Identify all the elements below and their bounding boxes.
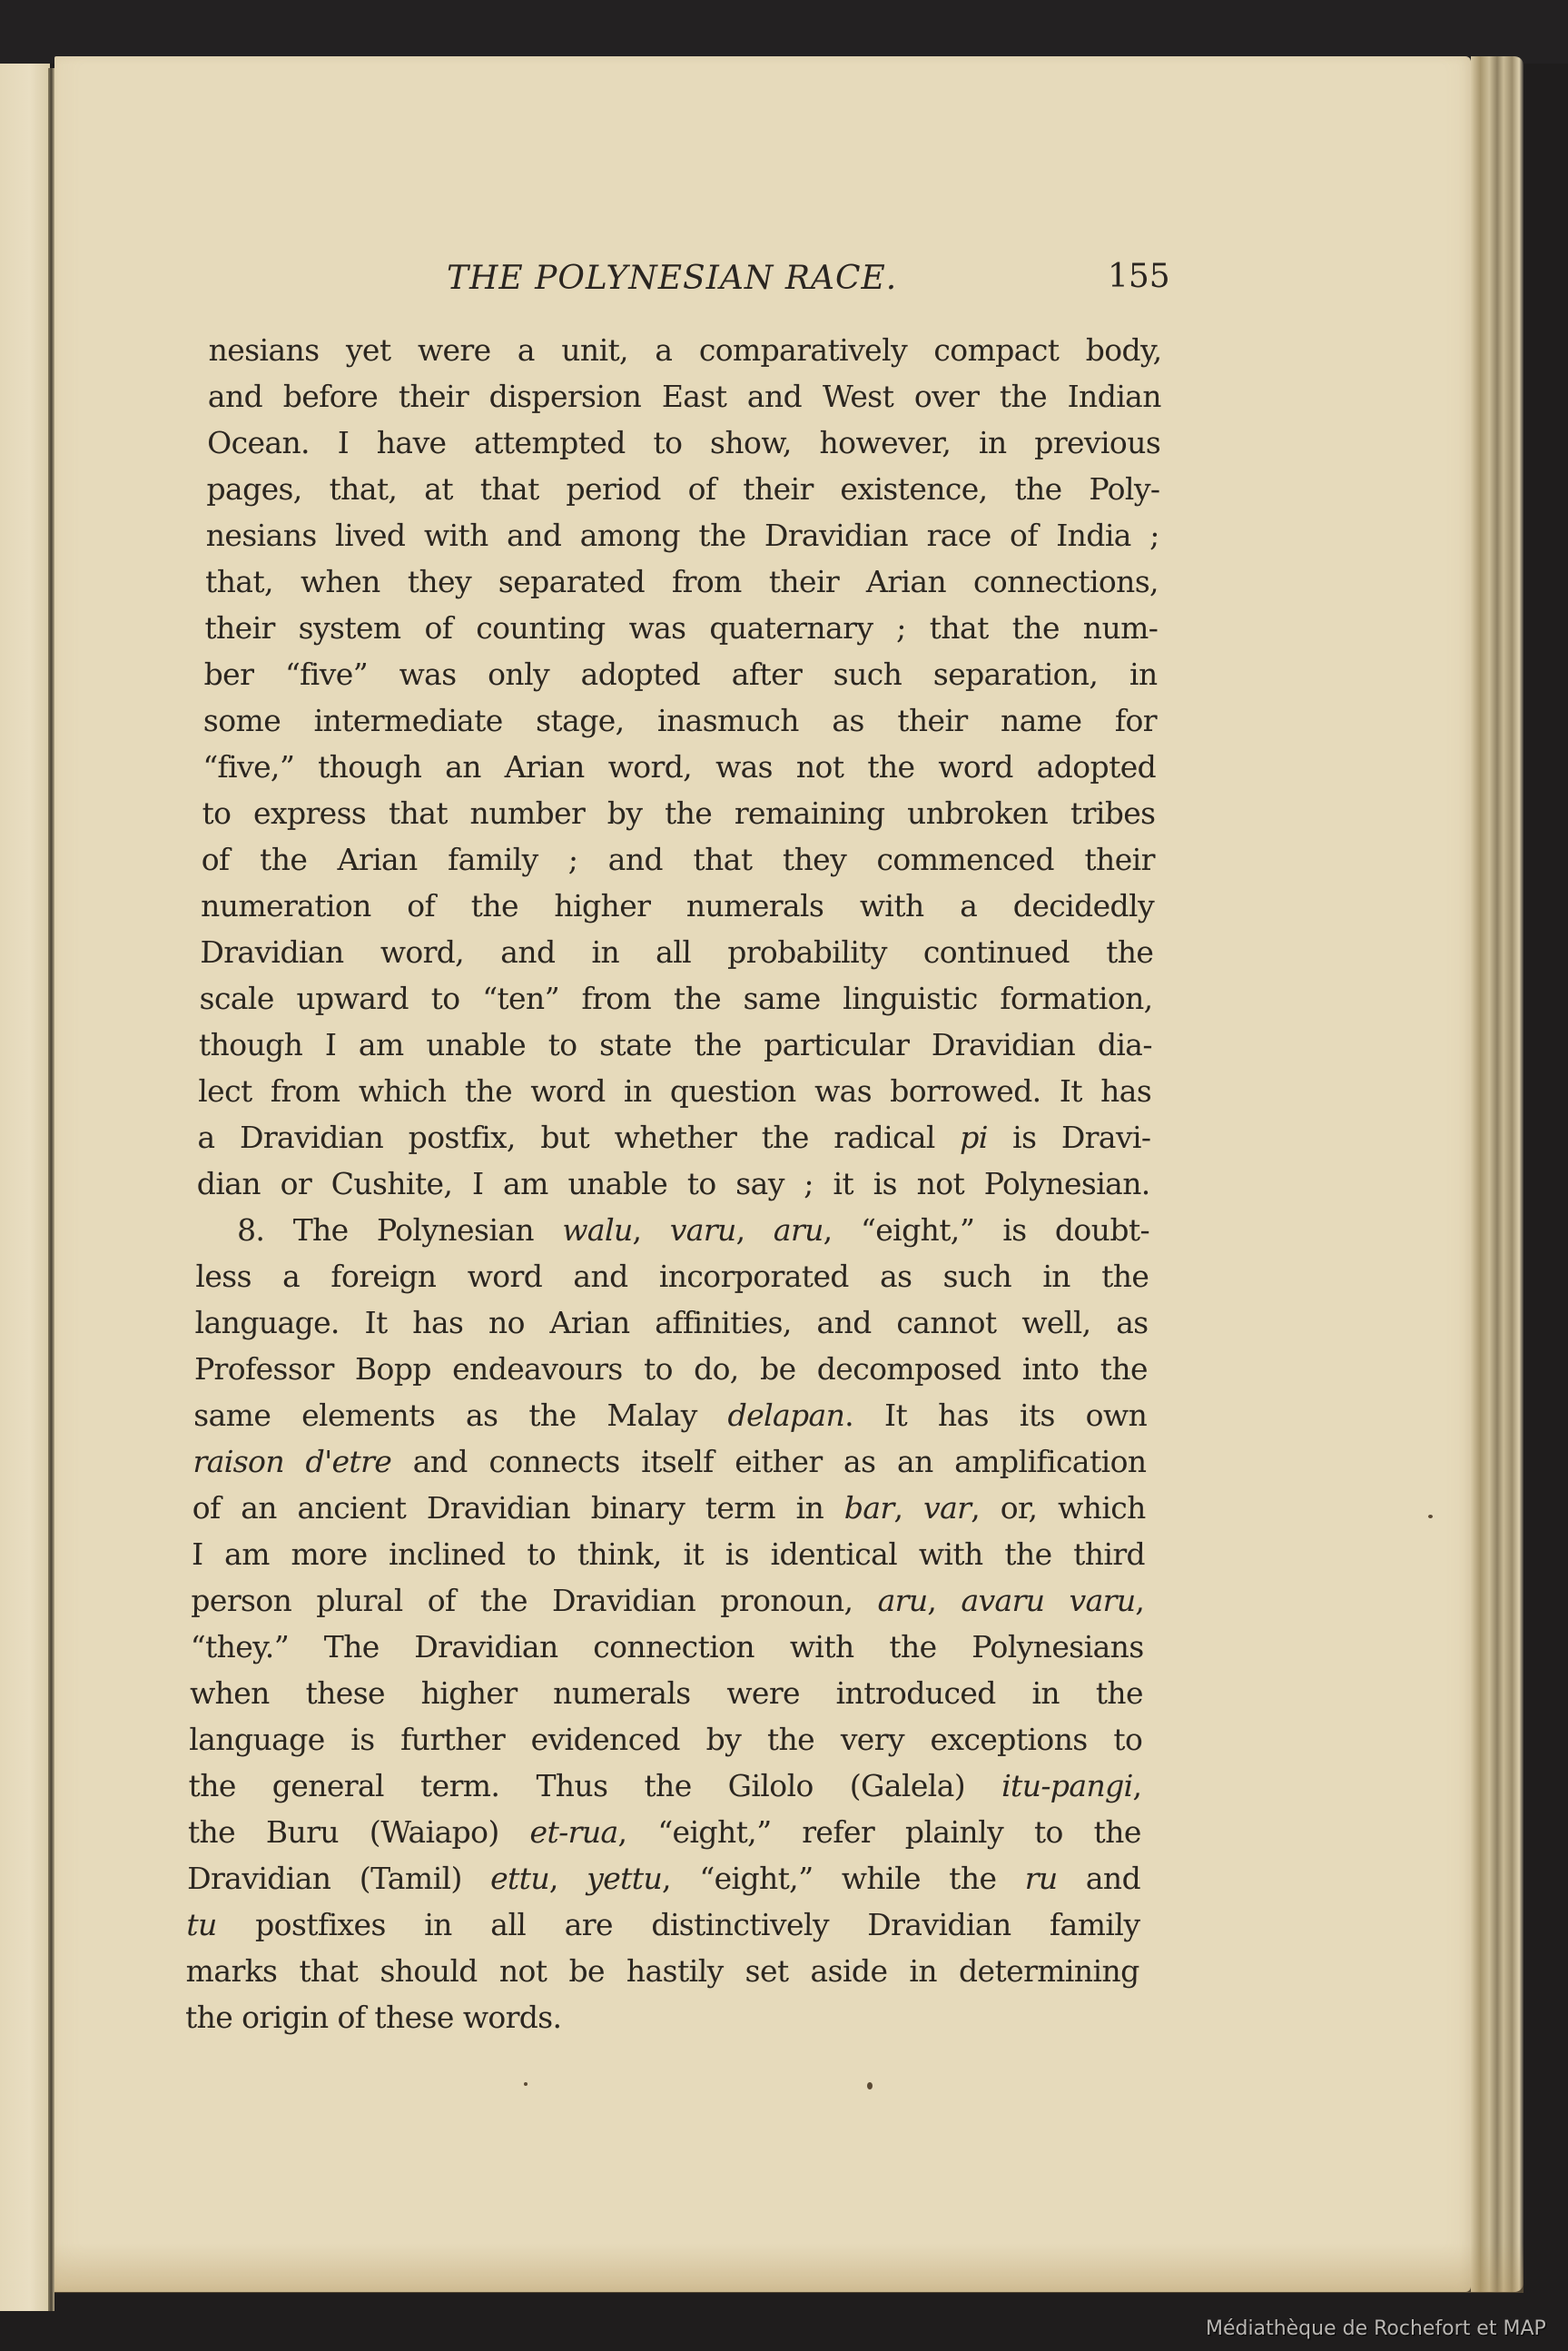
text-line: a Dravidian postfix, but whether the rad… [197,1114,1151,1161]
text-line: some intermediate stage, inasmuch as the… [203,697,1158,744]
text-line: though I am unable to state the particul… [199,1022,1153,1068]
text-line: raison d'etre and connects itself either… [192,1438,1147,1485]
text-line: when these higher numerals were introduc… [190,1670,1144,1716]
italic-term: aru [774,1212,823,1248]
text-line: to express that number by the remaining … [202,790,1156,836]
text-line-last: the origin of these words. [185,1994,1139,2040]
italic-term: walu [562,1212,633,1248]
page-stack-edge [1471,56,1524,2292]
text-line: I am more inclined to think, it is ident… [192,1531,1146,1577]
italic-term: varu [670,1212,736,1248]
text-line: language is further evidenced by the ver… [189,1716,1143,1763]
page-foxing [54,2243,1524,2293]
text-line: Professor Bopp endeavours to do, be deco… [194,1346,1149,1392]
text-line: Ocean. I have attempted to show, however… [207,420,1161,466]
italic-term: et-rua [529,1814,618,1850]
paper-speck [867,2082,873,2089]
paragraph-start-line: 8. The Polynesian walu, varu, aru, “eigh… [196,1207,1150,1253]
paper-speck [524,2082,528,2086]
text-line: of the Arian family ; and that they comm… [201,836,1155,883]
text-line: marks that should not be hastily set asi… [185,1948,1139,1994]
text-line: numeration of the higher numerals with a… [201,883,1155,929]
italic-term: yettu [587,1861,662,1896]
body-text: nesians yet were a unit, a comparatively… [185,327,1162,2040]
library-watermark: Médiathèque de Rochefort et MAP [1206,2317,1546,2340]
text-line: that, when they separated from their Ari… [205,558,1159,605]
italic-term: avaru varu [961,1583,1136,1618]
text-line: Dravidian word, and in all probability c… [200,929,1154,975]
text-line: language. It has no Arian affinities, an… [194,1299,1149,1346]
italic-term: tu [186,1907,217,1942]
italic-term: ru [1024,1861,1057,1896]
text-line: scale upward to “ten” from the same ling… [199,975,1153,1022]
italic-term: delapan [727,1398,844,1433]
text-line: and before their dispersion East and Wes… [208,373,1162,420]
italic-term: bar [844,1490,894,1526]
scan-backdrop [0,0,1568,64]
page-number: 155 [1108,258,1170,295]
text-line: the general term. Thus the Gilolo (Galel… [188,1763,1142,1809]
italic-term: ettu [490,1861,549,1896]
text-line: person plural of the Dravidian pronoun, … [191,1577,1145,1624]
text-line: pages, that, at that period of their exi… [206,466,1160,512]
text-line: tu postfixes in all are distinctively Dr… [186,1902,1140,1948]
text-line: of an ancient Dravidian binary term in b… [192,1485,1146,1531]
text-line: the Buru (Waiapo) et-rua, “eight,” refer… [187,1809,1141,1855]
italic-term: var [923,1490,971,1526]
text-line: ber “five” was only adopted after such s… [203,651,1158,697]
text-line: nesians lived with and among the Dravidi… [205,512,1159,558]
text-line: lect from which the word in question was… [198,1068,1152,1114]
facing-page-edge [0,64,50,2311]
italic-term: aru [877,1583,927,1618]
text-line: their system of counting was quaternary … [204,605,1159,651]
running-header: THE POLYNESIAN RACE. 155 [447,260,1173,301]
italic-term: itu-pangi [1001,1768,1133,1803]
text-line: dian or Cushite, I am unable to say ; it… [196,1161,1150,1207]
text-line: Dravidian (Tamil) ettu, yettu, “eight,” … [187,1855,1141,1902]
paper-speck [1428,1515,1433,1518]
text-line: “they.” The Dravidian connection with th… [190,1624,1144,1670]
running-title: THE POLYNESIAN RACE. [447,260,897,297]
text-line: “five,” though an Arian word, was not th… [202,744,1157,790]
book-gutter [48,68,54,2311]
text-line: less a foreign word and incorporated as … [195,1253,1149,1299]
text-line: same elements as the Malay delapan. It h… [193,1392,1148,1438]
italic-term: raison d'etre [192,1444,391,1479]
italic-term: pi [960,1120,988,1155]
text-line: nesians yet were a unit, a comparatively… [208,327,1162,373]
